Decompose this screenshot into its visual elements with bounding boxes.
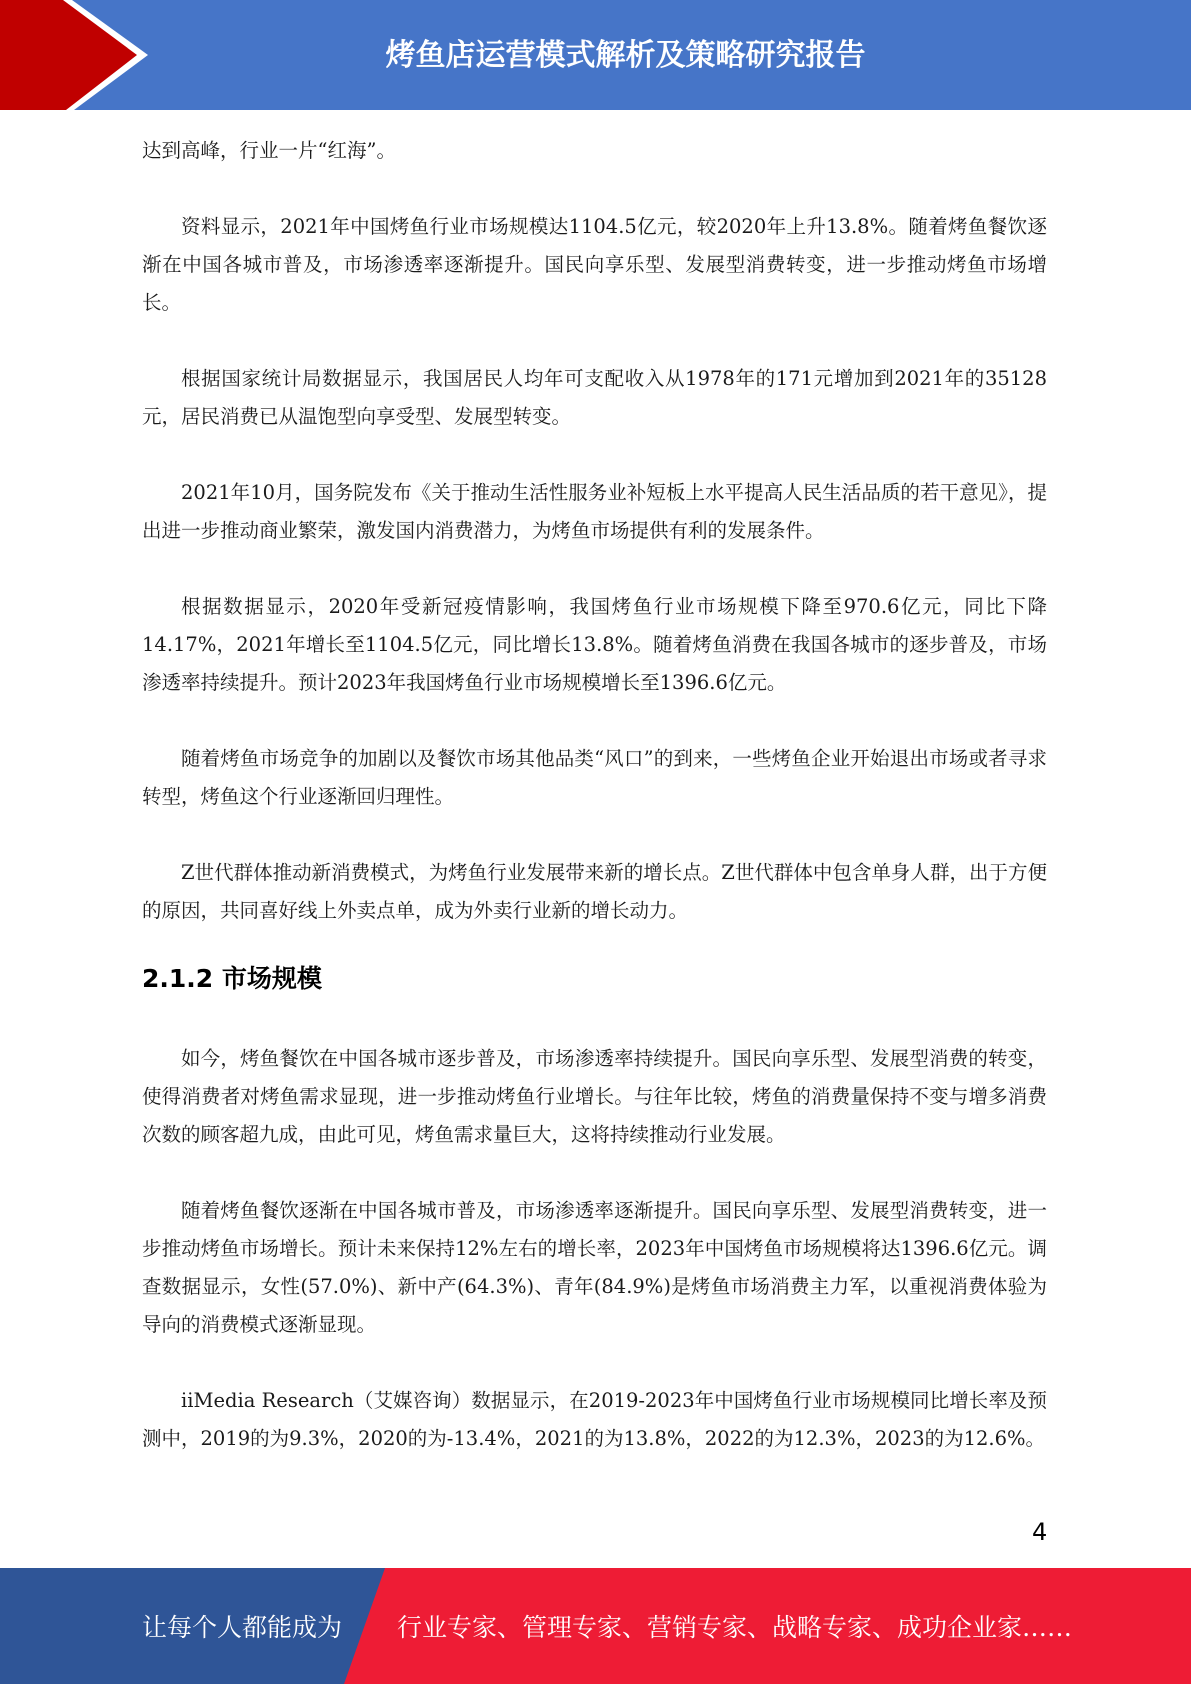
paragraph: 资料显示，2021年中国烤鱼行业市场规模达1104.5亿元，较2020年上升13… bbox=[142, 208, 1047, 322]
paragraph: 根据数据显示，2020年受新冠疫情影响，我国烤鱼行业市场规模下降至970.6亿元… bbox=[142, 588, 1047, 702]
paragraph: 2021年10月，国务院发布《关于推动生活性服务业补短板上水平提高人民生活品质的… bbox=[142, 474, 1047, 550]
page-number: 4 bbox=[1032, 1518, 1047, 1546]
paragraph: 随着烤鱼市场竞争的加剧以及餐饮市场其他品类“风口”的到来，一些烤鱼企业开始退出市… bbox=[142, 740, 1047, 816]
paragraph: 随着烤鱼餐饮逐渐在中国各城市普及，市场渗透率逐渐提升。国民向享乐型、发展型消费转… bbox=[142, 1192, 1047, 1344]
page-footer: 让每个人都能成为 行业专家、管理专家、营销专家、战略专家、成功企业家…… bbox=[0, 1568, 1191, 1684]
footer-slogan-right: 行业专家、管理专家、营销专家、战略专家、成功企业家…… bbox=[397, 1608, 1072, 1644]
footer-slogan-left: 让每个人都能成为 bbox=[142, 1608, 342, 1644]
document-title: 烤鱼店运营模式解析及策略研究报告 bbox=[0, 30, 1191, 74]
page-header: 烤鱼店运营模式解析及策略研究报告 bbox=[0, 0, 1191, 110]
paragraph: 根据国家统计局数据显示，我国居民人均年可支配收入从1978年的171元增加到20… bbox=[142, 360, 1047, 436]
section-heading: 2.1.2 市场规模 bbox=[142, 962, 1047, 996]
paragraph: 如今，烤鱼餐饮在中国各城市逐步普及，市场渗透率持续提升。国民向享乐型、发展型消费… bbox=[142, 1040, 1047, 1154]
paragraph: 达到高峰，行业一片“红海”。 bbox=[142, 132, 1047, 170]
document-body: 达到高峰，行业一片“红海”。 资料显示，2021年中国烤鱼行业市场规模达1104… bbox=[142, 132, 1047, 1496]
paragraph: Z世代群体推动新消费模式，为烤鱼行业发展带来新的增长点。Z世代群体中包含单身人群… bbox=[142, 854, 1047, 930]
paragraph: iiMedia Research（艾媒咨询）数据显示，在2019-2023年中国… bbox=[142, 1382, 1047, 1458]
